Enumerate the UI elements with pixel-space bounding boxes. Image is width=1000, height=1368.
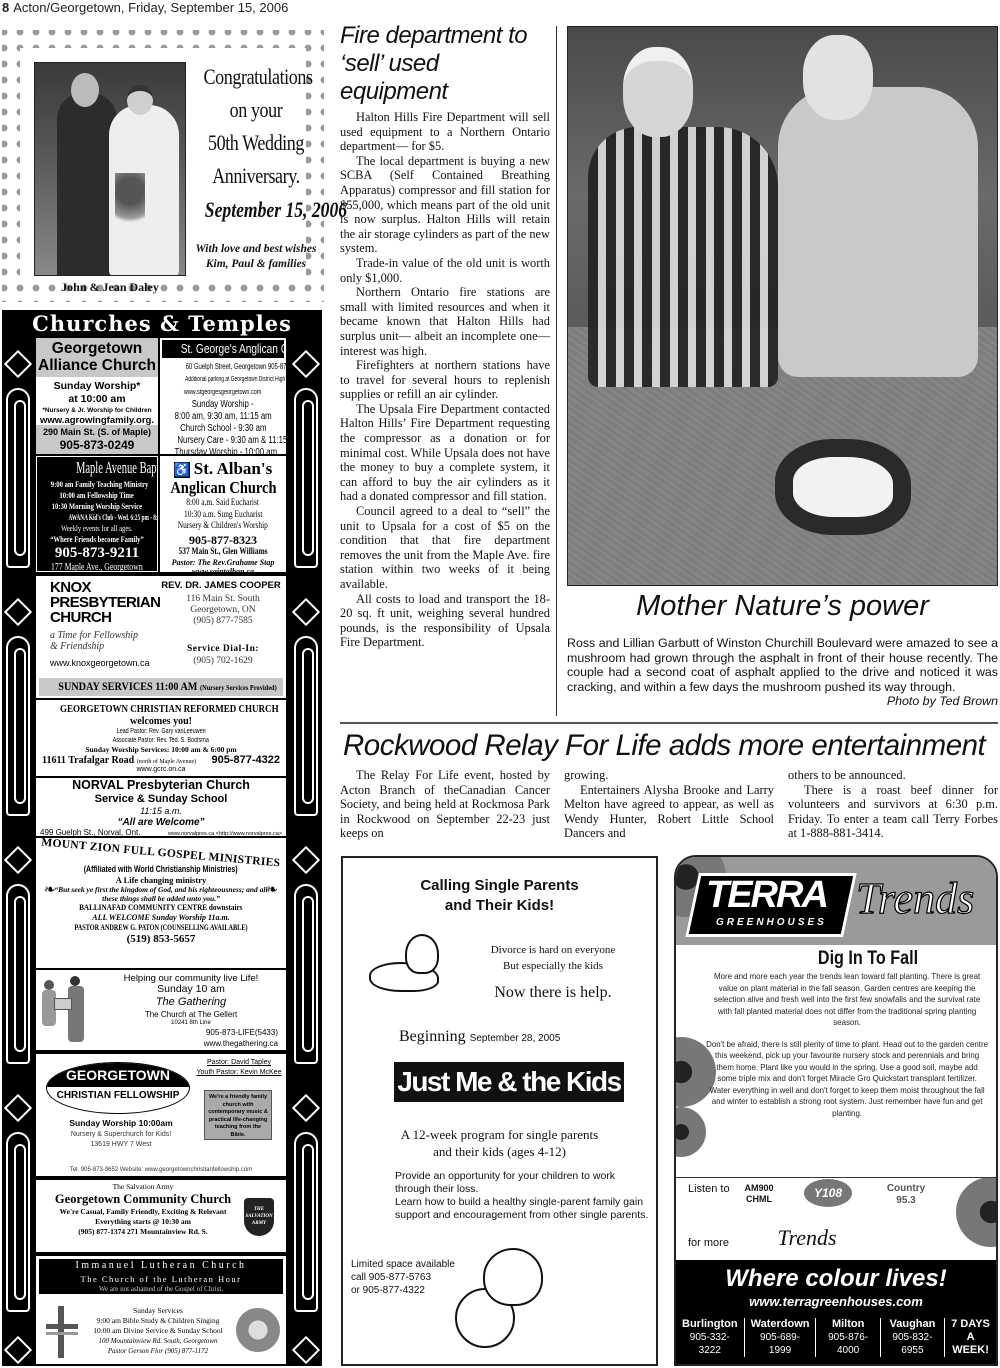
flower-decoration-icon [674,1107,706,1157]
luther-rose-seal-icon [236,1308,280,1352]
church-phone: (519) 853-5657 [36,933,286,946]
terra-headline: Dig In To Fall [764,947,971,971]
schedule-line: 10:00 am Fellowship Time [60,490,134,501]
anniversary-date: September 15, 2006 [205,192,307,228]
church-tagline: We're Casual, Family Friendly, Exciting … [36,1207,250,1217]
caption-text: Ross and Lillian Garbutt of Winston Chur… [567,636,998,694]
column-rule [556,26,557,716]
church-ad-st-alban: ♿St. Alban's Anglican Church 8:00 a.m. S… [160,456,286,572]
church-phone: 905-877-8323 [160,533,286,547]
photo-title: Mother Nature’s power [567,589,998,623]
program-benefits: Provide an opportunity for your children… [395,1170,651,1222]
terra-article: Dig In To Fall More and more each year t… [706,947,990,1119]
minister-name: REV. DR. JAMES COOPER [160,580,282,591]
people-illustration [40,976,98,1046]
paragraph: More and more each year the trends lean … [706,971,988,1029]
schedule-line: 10:30 a.m. Sung Eucharist [184,510,262,522]
worship-line: Sunday Worship* [36,380,158,393]
church-address: 11611 Trafalgar Road [42,755,134,766]
church-address: 499 Guelph St., Norval, Ont. [40,828,141,836]
church-directory-title: Churches & Temples [2,310,322,338]
welcome-line: “All are Welcome” [36,817,286,828]
address-block: 290 Main St. (S. of Maple) 905-873-0249 [36,425,158,454]
schedule-line: Church School - 9:30 am [180,423,266,435]
pastor-name: Pastor: The Rev.Grahame Stap [160,558,286,567]
paragraph: All costs to load and transport the 18-2… [340,592,550,650]
service-time: Everything starts @ 10:30 am [36,1217,250,1227]
program-logo: Just Me & the Kids [394,1062,624,1102]
schedule-line: Nursery & Children's Worship [178,521,268,533]
paragraph: The local department is buying a new SCB… [340,154,550,256]
pastors: Pastor: David TapleyYouth Pastor: Kevin … [196,1058,282,1078]
church-phone: 905-873-0249 [36,438,158,452]
church-ad-gathering: Helping our community live Life! Sunday … [36,970,286,1050]
anniversary-message: Congratulations on your 50th Wedding Ann… [192,60,320,272]
service-times: Sunday Worship Services: 10:00 am & 6:00… [36,745,286,754]
ministry-tagline: A Life changing ministry [36,875,286,885]
wedding-photo [34,62,186,276]
church-name-line2: Anglican Church [170,478,276,498]
church-ad-norval: NORVAL Presbyterian Church Service & Sun… [36,778,286,836]
paragraph: Council agreed to a deal to “sell” the u… [340,504,550,592]
schedule-line: Weekly events for all ages. [61,523,132,534]
dial-in-label: Service Dial-In: [166,644,280,654]
store-location: Burlington905-332-3222 [676,1318,745,1357]
dove-icon: ❧ [266,882,278,899]
service-time: 11:15 a.m. [36,806,286,817]
article-column: The Relay For Life event, hosted by Acto… [340,768,550,841]
fellowship-logo: GEORGETOWN CHRISTIAN FELLOWSHIP [46,1062,190,1114]
dateline: Acton/Georgetown, Friday, September 15, … [13,0,288,15]
church-name: St. George's Anglican Church [181,340,286,358]
schedule-line: 8:00 a.m. Said Eucharist [187,498,260,510]
program-description: A 12-week program for single parentsand … [343,1126,656,1160]
relay-headline: Rockwood Relay For Life adds more entert… [343,728,999,764]
church-phone: 905-873-9211 [37,545,157,562]
church-name: KNOXPRESBYTERIANCHURCH [50,580,160,625]
church-ad-st-george: St. George's Anglican Church 60 Guelph S… [160,338,286,454]
church-ad-reformed: GEORGETOWN CHRISTIAN REFORMED CHURCH wel… [36,700,286,776]
worship-time: at 10:00 am [36,393,158,406]
page-number: 8 [2,0,9,15]
terra-slogan: Where colour lives! [676,1260,996,1294]
fellowship-details: Nursery & Superchurch for Kids!13619 HWY… [46,1130,196,1150]
gothic-ornament-right [290,340,322,1366]
anniversary-ad: John & Jean Daley Congratulations on you… [2,30,324,302]
program-start: Beginning September 28, 2005 [399,1028,560,1046]
store-locations: Burlington905-332-3222 Waterdown905-689-… [676,1318,996,1357]
paragraph: Don't be afraid, there is still plenty o… [706,1039,988,1120]
gothic-ornament-left [2,340,34,1366]
worship-note: *Nursery & Jr. Worship for Children [36,406,158,415]
single-parents-ad: Calling Single Parentsand Their Kids! Di… [341,856,658,1366]
schedule-line: 8:00 am, 9:30 am, 11:15 am [175,411,272,423]
church-ad-lutheran: Immanuel Lutheran Church The Church of t… [36,1256,286,1364]
page-folio: 8Acton/Georgetown, Friday, September 15,… [2,0,288,18]
article-column: others to be announced.There is a roast … [788,768,998,841]
mushroom-photo [567,26,998,586]
church-website[interactable]: www.knoxgeorgetown.ca [50,658,150,668]
church-name: NORVAL Presbyterian Church [36,778,286,793]
service-times-band: SUNDAY SERVICES 11:00 AM (Nursery Servic… [39,678,283,696]
relay-article-body: The Relay For Life event, hosted by Acto… [340,768,998,841]
church-phone: 905-877-4322 [211,754,280,766]
store-location: Waterdown905-689-1999 [745,1318,817,1357]
church-name: Georgetown Community Church [36,1192,250,1207]
parking-note: Additional parking at Georgetown Distric… [185,374,286,386]
church-ad-knox: KNOXPRESBYTERIANCHURCH a Time for Fellow… [36,576,286,698]
schedule-line: 9:00 am Family Teaching Ministry [51,479,149,490]
dial-in-phone: (905) 702-1629 [166,656,280,666]
store-location: Vaughan905-832-6955 [881,1318,945,1357]
lutheran-services: Sunday Services 9:00 am Bible Study & Ch… [76,1306,240,1356]
station-y108: Y108 [804,1179,852,1207]
paragraph: Halton Hills Fire Department will sell u… [340,110,550,154]
church-website[interactable]: www.saintalban.ca [160,567,286,572]
pastor-name: PASTOR ANDREW G. PATON (COUNSELLING AVAI… [74,923,247,933]
salvation-army-shield-icon: THE SALVATION ARMY [244,1198,274,1236]
lead-pastor: Lead Pastor: Rev. Gary vanLeeuwen [116,728,205,737]
message-line: Anniversary. [204,159,309,192]
terra-website[interactable]: www.terragreenhouses.com [676,1294,996,1310]
fellowship-contact: Tel. 905-873-9652 Website: www.georgetow… [40,1167,282,1173]
article-body: Halton Hills Fire Department will sell u… [340,110,550,650]
lutheran-header: Immanuel Lutheran Church The Church of t… [39,1259,283,1294]
message-line: Congratulations [204,60,309,93]
service-line: Service & Sunday School [36,793,286,806]
church-address: 290 Main St. (S. of Maple) [36,427,158,438]
photo-caption: Ross and Lillian Garbutt of Winston Chur… [567,636,998,709]
church-contact: (905) 877-1374 271 Mountainview Rd. S. [36,1227,250,1237]
welcome-line: welcomes you! [36,716,286,728]
dove-icon: ❧ [44,882,56,899]
fire-department-article: Fire department to ‘sell’ used equipment… [340,22,550,650]
ad-headline: Calling Single Parentsand Their Kids! [343,876,656,916]
greenhouses-wordmark: GREENHOUSES [716,917,827,928]
church-motto: “Where Friends become Family” [50,534,144,545]
article-headline: Fire department to ‘sell’ used equipment [340,22,550,106]
church-website[interactable]: www.gcrc.on.ca [36,766,286,773]
paragraph: Northern Ontario fire stations are small… [340,285,550,358]
church-ad-maple-avenue: Maple Avenue Baptist Church 9:00 am Fami… [36,456,158,572]
terra-footer: Where colour lives! www.terragreenhouses… [676,1260,996,1364]
church-website[interactable]: www.stgeorgesgeorgetown.com [184,387,261,399]
scripture-verse: “But seek ye first the kingdom of God, a… [36,885,286,903]
venue: BALLINAFAD COMMUNITY CENTRE downstairs [79,903,242,913]
terra-greenhouses-ad: TERRA GREENHOUSES Trends Dig In To Fall … [674,855,998,1366]
church-address: 177 Maple Ave., Georgetown [51,562,143,572]
worship-time: Sunday Worship 10:00am [46,1118,196,1129]
church-ad-fellowship: GEORGETOWN CHRISTIAN FELLOWSHIP Pastor: … [36,1054,286,1176]
church-address: 116 Main St. SouthGeorgetown, ON(905) 87… [166,594,280,627]
terra-logo: TERRA [706,873,827,917]
for-more-label: for more [688,1237,729,1249]
message-line: on your [204,93,309,126]
associate-pastor: Associate Pastor: Rev. Ted. S. Bootsma [113,737,209,746]
schedule-line: Thursday Worship - 10:00 am [174,447,277,454]
church-name: St. Alban's [194,459,272,478]
station-country: Country 95.3 [876,1183,936,1207]
trends-script: Trends [856,871,974,927]
couple-names: John & Jean Daley [34,280,186,295]
accessibility-icon: ♿ [174,462,190,478]
schedule-line: 10:30 Morning Worship Service [52,501,142,512]
church-tagline: a Time for Fellowship& Friendship [50,630,138,652]
organization: The Salvation Army [36,1182,250,1192]
schedule-line: Sunday Worship - [192,399,254,411]
affiliation: (Affiliated with World Christianship Min… [84,864,238,875]
paragraph: Firefighters at northern stations have t… [340,358,550,402]
church-address: 537 Main St., Glen Williams [178,547,267,558]
church-ad-alliance: GeorgetownAlliance Church Sunday Worship… [36,338,158,454]
gathering-text: Helping our community live Life! Sunday … [98,973,284,1049]
wishes-line: With love and best wishes [192,242,320,257]
church-ad-salvation-army: The Salvation Army Georgetown Community … [36,1180,286,1252]
church-name: Maple Avenue Baptist Church [76,457,158,479]
wishes-signature: Kim, Paul & families [192,257,320,272]
article-column: growing.Entertainers Alysha Brooke and L… [564,768,774,841]
listen-label: Listen to [688,1183,730,1195]
paragraph: The Upsala Fire Department contacted Hal… [340,402,550,504]
store-hours: 7 DAYSA WEEK! [945,1318,996,1357]
worship-time: ALL WELCOME Sunday Worship 11a.m. [36,913,286,923]
church-name: GeorgetownAlliance Church [36,338,158,377]
section-rule [340,722,998,724]
schedule-line: Nursery Care - 9:30 am & 11:15 am [177,435,286,447]
church-name: GEORGETOWN CHRISTIAN REFORMED CHURCH [60,702,279,716]
ad-help-line: Now there is help. [453,984,653,1002]
schedule-line: AWANA Kid's Club - Wed. 6:25 pm - 8:00 p… [69,512,158,523]
church-directory: Churches & Temples GeorgetownAlliance Ch… [2,310,322,1366]
church-ad-mount-zion: MOUNT ZION FULL GOSPEL MINISTRIES (Affil… [36,838,286,968]
store-location: Milton905-876-4000 [816,1318,880,1357]
message-line: 50th Wedding [204,126,309,159]
church-website[interactable]: www.norvalpres.ca <http://www.norvalpres… [168,831,282,836]
church-address: 60 Guelph Street, Georgetown 905-877-804… [186,360,286,372]
flower-decoration-icon [956,1177,998,1247]
station-chml: AM900 CHML [736,1183,782,1205]
photo-credit: Photo by Ted Brown [887,694,998,709]
terra-trends-small-logo: Trends [772,1225,842,1251]
ad-contact: Limited space availablecall 905-877-5763… [351,1258,455,1297]
paragraph: Trade-in value of the old unit is worth … [340,256,550,285]
ad-lead: Divorce is hard on everyoneBut especiall… [453,942,653,974]
fellowship-blurb: We're a friendly family church with cont… [204,1090,272,1140]
cross-icon [44,1306,80,1358]
